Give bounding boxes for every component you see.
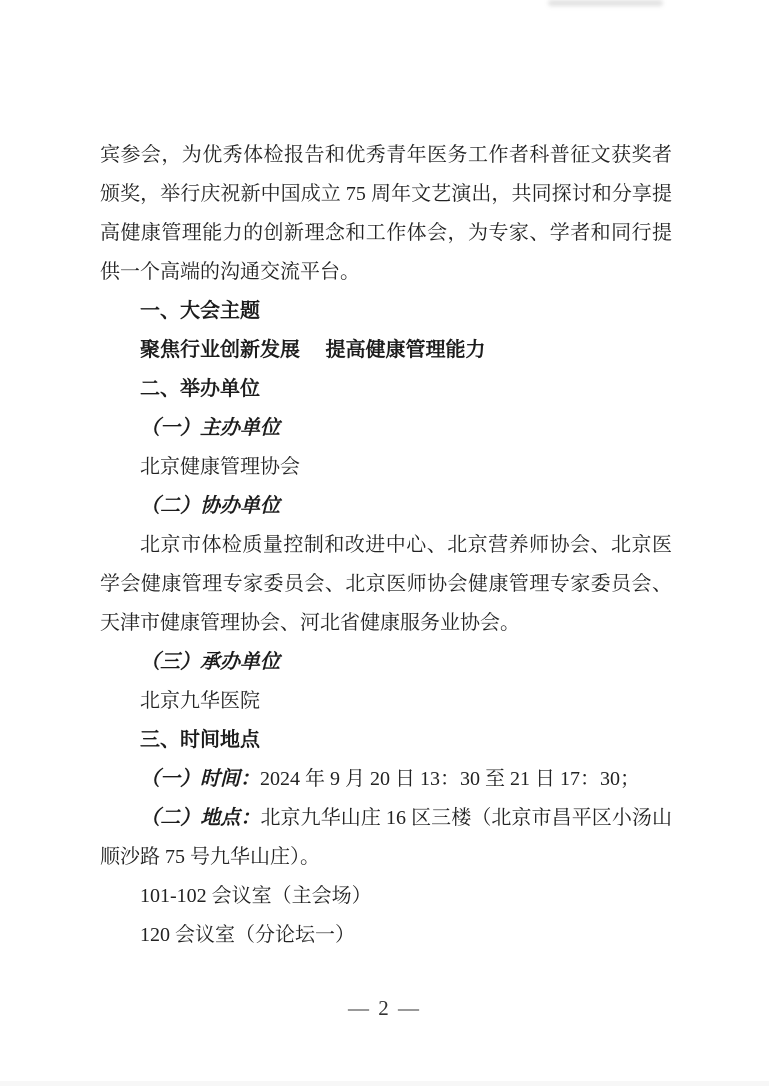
undertaker-unit-name: 北京九华医院	[100, 682, 672, 721]
place-label: （二）地点：	[140, 807, 260, 829]
time-value: 2024 年 9 月 20 日 13：30 至 21 日 17：30；	[260, 768, 640, 790]
place-line: （二）地点：北京九华山庄 16 区三楼（北京市昌平区小汤山顺沙路 75 号九华山…	[100, 799, 672, 877]
heading-organizing-units: 二、举办单位	[100, 370, 672, 409]
heading-host-unit: （一）主办单位	[100, 409, 672, 448]
time-line: （一）时间：2024 年 9 月 20 日 13：30 至 21 日 17：30…	[100, 760, 672, 799]
document-page: 宾参会，为优秀体检报告和优秀青年医务工作者科普征文获奖者颁奖，举行庆祝新中国成立…	[0, 0, 769, 1086]
room-main-venue: 101-102 会议室（主会场）	[100, 877, 672, 916]
time-label: （一）时间：	[140, 768, 260, 790]
document-content: 宾参会，为优秀体检报告和优秀青年医务工作者科普征文获奖者颁奖，举行庆祝新中国成立…	[100, 136, 672, 955]
paragraph-continuation: 宾参会，为优秀体检报告和优秀青年医务工作者科普征文获奖者颁奖，举行庆祝新中国成立…	[100, 136, 672, 292]
heading-conference-theme: 一、大会主题	[100, 292, 672, 331]
scan-smudge-artifact	[548, 0, 663, 6]
heading-coorganizer-unit: （二）协办单位	[100, 487, 672, 526]
page-number: — 2 —	[348, 996, 421, 1020]
scan-band-artifact	[0, 1081, 769, 1086]
page-footer: — 2 —	[0, 996, 769, 1021]
coorganizer-unit-names: 北京市体检质量控制和改进中心、北京营养师协会、北京医学会健康管理专家委员会、北京…	[100, 526, 672, 643]
host-unit-name: 北京健康管理协会	[100, 448, 672, 487]
conference-theme-slogan: 聚焦行业创新发展 提高健康管理能力	[100, 331, 672, 370]
heading-undertaker-unit: （三）承办单位	[100, 643, 672, 682]
heading-time-place: 三、时间地点	[100, 721, 672, 760]
room-sub-forum-1: 120 会议室（分论坛一）	[100, 916, 672, 955]
